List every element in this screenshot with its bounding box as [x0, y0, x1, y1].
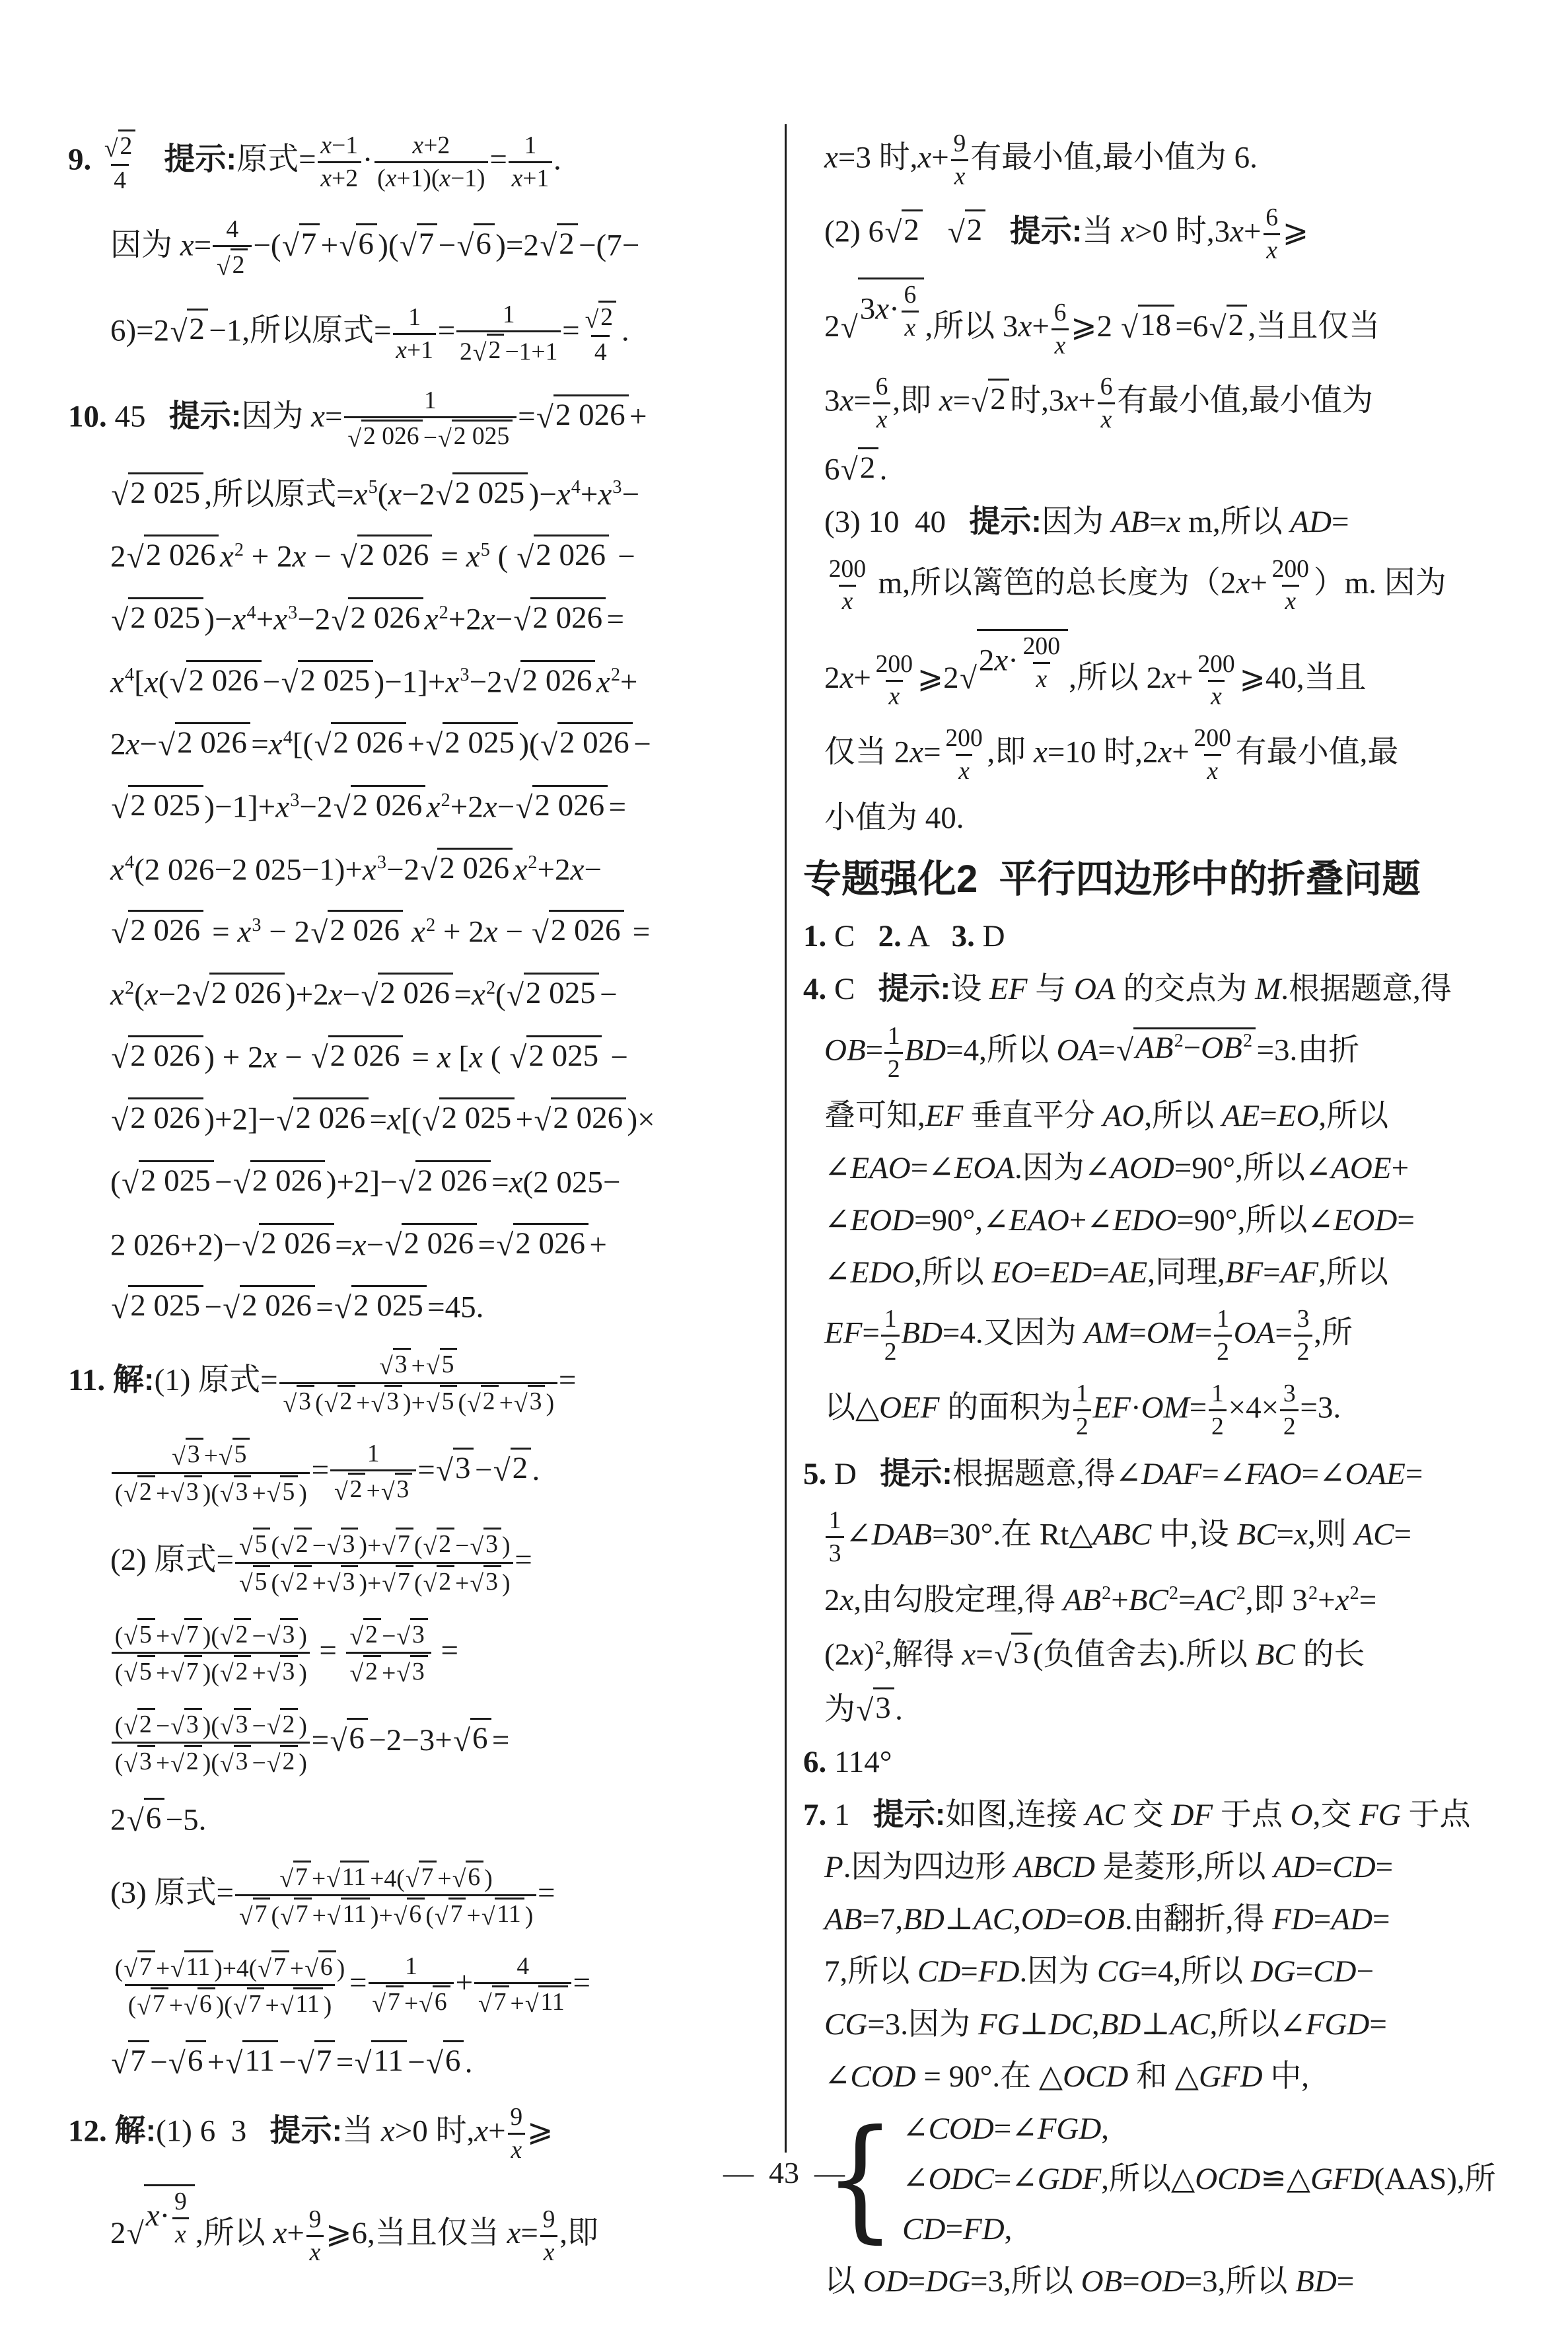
radical-icon: √: [457, 231, 474, 262]
sqrt: √6: [127, 1798, 164, 1836]
text-line: ∠COD = 90°.在 △OCD 和 △GFD 中,: [803, 2057, 1553, 2096]
sqrt: √6: [453, 1718, 491, 1756]
sqrt: √2 026: [361, 973, 453, 1011]
sqrt: √2 026: [340, 535, 433, 573]
radical-icon: √: [127, 1806, 144, 1837]
sqrt: √2 025: [510, 1035, 602, 1074]
sqrt: √6: [419, 1985, 450, 2016]
sqrt: √2: [170, 1745, 201, 1776]
radical-icon: √: [350, 1662, 364, 1687]
radical-icon: √: [856, 1695, 873, 1726]
sqrt: √2 025: [423, 1097, 515, 1136]
radical-icon: √: [223, 1293, 240, 1324]
sqrt: √2: [324, 1385, 355, 1416]
radical-icon: √: [334, 1293, 351, 1324]
sqrt: √2: [220, 1618, 251, 1649]
radical-icon: √: [585, 308, 599, 333]
radical-icon: √: [239, 1535, 253, 1560]
sqrt: √2: [423, 1528, 454, 1559]
sqrt: √3: [470, 1565, 501, 1596]
radical-icon: √: [340, 542, 357, 573]
fraction: 12: [1073, 1380, 1092, 1441]
sqrt: √2: [971, 379, 1009, 417]
sqrt: √6: [339, 223, 377, 262]
radical-icon: √: [220, 1625, 234, 1650]
radical-icon: √: [347, 427, 361, 452]
text-line: 6√2.: [803, 447, 1553, 490]
fraction: 200x: [1269, 555, 1312, 616]
page-number: — 43 —: [0, 2155, 1568, 2190]
sqrt: √2 025: [111, 472, 203, 511]
radical-icon: √: [311, 1043, 328, 1074]
radical-icon: √: [514, 1392, 528, 1417]
sqrt: √3: [327, 1565, 358, 1596]
radical-icon: √: [267, 1625, 281, 1650]
radical-icon: √: [1121, 313, 1138, 344]
text-line: √2 025−√2 026=√2 025=45.: [68, 1285, 773, 1328]
text-line: 4. C 提示:设 EF 与 OA 的交点为 M.根据题意,得: [803, 969, 1553, 1009]
sqrt: √2: [267, 1708, 298, 1739]
radical-icon: √: [170, 1662, 184, 1687]
sqrt: √2 025: [111, 597, 203, 636]
radical-icon: √: [127, 542, 144, 573]
text-line: 以 OD=DG=3,所以 OB=OD=3,所以 BD=: [803, 2262, 1553, 2301]
text-line: √2 026 = x3 − 2√2 026 x2 + 2x − √2 026 =: [68, 910, 773, 953]
sqrt: √2 026: [127, 535, 219, 573]
radical-icon: √: [324, 1392, 338, 1417]
text-line: EF=12BD=4.又因为 AM=OM=12OA=32,所: [803, 1305, 1553, 1366]
radical-icon: √: [267, 1752, 281, 1777]
answer-key-page: 9. √24 提示:原式=x−1x+2·x+2(x+1)(x−1)=1x+1.因…: [0, 0, 1568, 2325]
text-line: 2√6−5.: [68, 1798, 773, 1841]
text-line: 10. 45 提示:因为 x=1√2 026−√2 025=√2 026+: [68, 387, 773, 453]
text-line: 7,所以 CD=FD.因为 CG=4,所以 DG=CD−: [803, 1952, 1553, 1991]
fraction: √7+√11+4(√7+√6)√7(√7+√11)+√6(√7+√11): [235, 1861, 536, 1931]
text-line: AB=7,BD⊥AC,OD=OB.由翻折,得 FD=AD=: [803, 1900, 1553, 1939]
sqrt: √7: [435, 1898, 466, 1929]
sqrt: √3: [220, 1745, 251, 1776]
sqrt: √2: [884, 209, 922, 248]
radical-icon: √: [170, 316, 188, 348]
radical-icon: √: [467, 1392, 481, 1417]
radical-icon: √: [470, 1572, 483, 1597]
sqrt: √2 026: [420, 848, 513, 886]
radical-icon: √: [327, 1905, 341, 1930]
text-line: √2 025)−1]+x3−2√2 026x2+2x−√2 026=: [68, 785, 773, 828]
radical-icon: √: [994, 1641, 1011, 1672]
fraction: 4√7+√11: [474, 1952, 571, 2018]
sqrt: √2 026: [516, 785, 608, 823]
sqrt: √2: [104, 129, 135, 161]
radical-icon: √: [111, 793, 128, 824]
left-column: 9. √24 提示:原式=x−1x+2·x+2(x+1)(x−1)=1x+1.因…: [68, 129, 773, 2287]
radical-icon: √: [280, 1535, 294, 1560]
text-line: 9. √24 提示:原式=x−1x+2·x+2(x+1)(x−1)=1x+1.: [68, 129, 773, 196]
fraction: 4√2: [213, 215, 252, 281]
sqrt: √2 026: [192, 973, 285, 1011]
sqrt: √7: [258, 1950, 289, 1981]
radical-icon: √: [406, 1867, 419, 1892]
text-line: x4[x(√2 026−√2 025)−1]+x3−2√2 026x2+: [68, 660, 773, 703]
radical-icon: √: [304, 1957, 318, 1982]
sqrt: √3: [172, 1438, 203, 1469]
radical-icon: √: [948, 217, 965, 248]
text-line: 2√3x·6x,所以 3x+6x⩾2 √18=6√2,当且仅当: [803, 277, 1553, 360]
text-line: ∠EAO=∠EOA.因为∠AOD=90°,所以∠AOE+: [803, 1148, 1553, 1188]
sqrt: √7: [382, 1528, 413, 1559]
text-line: 小值为 40.: [803, 798, 1553, 838]
fraction: 6x: [873, 373, 891, 434]
sqrt: √2: [493, 1448, 531, 1486]
radical-icon: √: [242, 1230, 259, 1261]
radical-icon: √: [396, 1662, 410, 1687]
radical-icon: √: [534, 1105, 552, 1136]
radical-icon: √: [124, 1957, 137, 1982]
fraction: 6x: [901, 281, 919, 342]
text-line: √2 025,所以原式=x5(x−2√2 025)−x4+x3−: [68, 472, 773, 515]
sqrt: √2 026: [111, 1097, 203, 1136]
sqrt: √3: [436, 1448, 474, 1486]
radical-icon: √: [220, 1482, 234, 1507]
radical-icon: √: [170, 1715, 184, 1740]
radical-icon: √: [282, 231, 299, 262]
radical-icon: √: [267, 1482, 281, 1507]
sqrt: √11: [280, 1987, 323, 2018]
radical-icon: √: [267, 1662, 281, 1687]
sqrt: √3: [267, 1618, 298, 1649]
fraction: 1x+1: [393, 303, 437, 365]
sqrt: √3: [283, 1385, 314, 1416]
radical-icon: √: [158, 730, 175, 761]
radical-icon: √: [339, 231, 357, 262]
radical-icon: √: [532, 918, 549, 949]
sqrt: √7: [124, 1950, 155, 1981]
radical-icon: √: [111, 1293, 128, 1324]
text-line: (√5+√7)(√2−√3)(√5+√7)(√2+√3) = √2−√3√2+√…: [68, 1618, 773, 1688]
radical-icon: √: [258, 1957, 271, 1982]
radical-icon: √: [361, 980, 378, 1012]
radical-icon: √: [332, 605, 349, 636]
radical-icon: √: [280, 1995, 294, 2020]
sqrt: √11: [481, 1898, 524, 1929]
radical-icon: √: [172, 1445, 186, 1470]
sqrt: √2: [350, 1618, 381, 1649]
sqrt: √3: [371, 1385, 402, 1416]
sqrt: √2 026: [242, 1223, 334, 1261]
radical-icon: √: [420, 855, 437, 886]
radical-icon: √: [279, 1867, 293, 1892]
fraction: 6x: [1097, 373, 1116, 434]
text-line: (3) 原式=√7+√11+4(√7+√6)√7(√7+√11)+√6(√7+√…: [68, 1861, 773, 1931]
radical-icon: √: [124, 1625, 137, 1650]
radical-icon: √: [111, 480, 128, 511]
sqrt: √2 026: [223, 1285, 315, 1323]
sqrt: √2 025: [122, 1160, 214, 1199]
radical-icon: √: [426, 2048, 443, 2079]
sqrt: √3: [470, 1528, 501, 1559]
fraction: 1√7+√6: [369, 1952, 454, 2018]
sqrt: √2: [220, 1655, 251, 1686]
sqrt: √6: [452, 1861, 483, 1892]
sqrt: √3: [379, 1348, 410, 1379]
text-line: √2 026)+2]−√2 026=x[(√2 025+√2 026)×: [68, 1097, 773, 1140]
sqrt: √11: [226, 2040, 278, 2079]
radical-icon: √: [453, 1726, 470, 1757]
radical-icon: √: [398, 1168, 415, 1199]
sqrt: √3: [396, 1655, 427, 1686]
radical-icon: √: [334, 793, 351, 824]
section-heading: 专题强化2 平行四边形中的折叠问题: [803, 855, 1553, 904]
radical-icon: √: [297, 2048, 314, 2079]
fraction: 200x: [1191, 724, 1234, 786]
sqrt: √5: [124, 1655, 155, 1686]
radical-icon: √: [226, 2048, 243, 2079]
sqrt: √11: [327, 1898, 370, 1929]
sqrt: √2: [124, 1475, 155, 1506]
sqrt: √11: [326, 1861, 369, 1892]
fraction: 9x: [950, 129, 969, 191]
text-line: (3) 10 40 提示:因为 AB=x m,所以 AD=: [803, 501, 1553, 542]
radical-icon: √: [239, 1905, 253, 1930]
radical-icon: √: [382, 1572, 396, 1597]
radical-icon: √: [124, 1662, 137, 1687]
sqrt: √18: [1121, 305, 1174, 343]
radical-icon: √: [104, 137, 118, 162]
sqrt: √2 026: [170, 660, 262, 698]
radical-icon: √: [470, 1535, 483, 1560]
radical-icon: √: [481, 1905, 495, 1930]
text-line: x4(2 026−2 025−1)+x3−2√2 026x2+2x−: [68, 848, 773, 891]
radical-icon: √: [435, 1905, 448, 1930]
radical-icon: √: [334, 1480, 348, 1505]
sqrt: √2: [948, 209, 985, 248]
radical-icon: √: [111, 605, 128, 636]
radical-icon: √: [473, 341, 487, 366]
radical-icon: √: [426, 1392, 440, 1417]
sqrt: √x·9x: [127, 2184, 195, 2249]
sqrt: √2 026: [158, 722, 250, 760]
radical-icon: √: [385, 1230, 402, 1261]
sqrt: √2: [585, 301, 616, 332]
sqrt: √2x·200x: [960, 629, 1068, 694]
sqrt: √2 026: [503, 660, 596, 698]
sqrt: √2: [170, 309, 208, 347]
text-line: 2x−√2 026=x4[(√2 026+√2 025)(√2 026−: [68, 722, 773, 765]
sqrt: √7: [170, 1655, 201, 1686]
sqrt: √2 026: [536, 394, 629, 433]
text-line: 13∠DAB=30°.在 Rt△ABC 中,设 BC=x,则 AC=: [803, 1506, 1553, 1568]
radical-icon: √: [122, 1168, 139, 1199]
sqrt: √2: [217, 248, 248, 279]
text-line: x2(x−2√2 026)+2x−√2 026=x2(√2 025−: [68, 973, 773, 1015]
sqrt: √6: [184, 1987, 215, 2018]
sqrt: √6: [168, 2040, 206, 2079]
text-line: 仅当 2x=200x,即 x=10 时,2x+200x有最小值,最: [803, 724, 1553, 786]
sqrt: √2 026: [334, 785, 426, 823]
sqrt: √AB2−OB2: [1116, 1027, 1256, 1066]
sqrt: √2: [841, 447, 878, 486]
sqrt: √2 026: [111, 1035, 203, 1074]
sqrt: √7: [382, 1565, 413, 1596]
radical-icon: √: [394, 1905, 408, 1930]
sqrt: √7: [406, 1861, 437, 1892]
text-line: (√2−√3)(√3−√2)(√3+√2)(√3−√2)=√6−2−3+√6=: [68, 1708, 773, 1778]
sqrt: √2: [540, 223, 577, 262]
text-line: 5. D 提示:根据题意,得∠DAF=∠FAO=∠OAE=: [803, 1454, 1553, 1494]
radical-icon: √: [1209, 313, 1227, 344]
text-line: (2) 原式=√5(√2−√3)+√7(√2−√3)√5(√2+√3)+√7(√…: [68, 1528, 773, 1598]
radical-icon: √: [192, 980, 209, 1012]
fraction: 200x: [1020, 632, 1063, 694]
sqrt: √2 026: [517, 535, 609, 573]
radical-icon: √: [841, 455, 858, 486]
sqrt: √7: [137, 1987, 168, 2018]
sqrt: √6: [330, 1718, 368, 1756]
radical-icon: √: [355, 2048, 372, 2079]
radical-icon: √: [111, 1043, 128, 1074]
radical-icon: √: [170, 1957, 184, 1982]
radical-icon: √: [310, 918, 328, 949]
sqrt: √2 025: [111, 785, 203, 823]
radical-icon: √: [220, 1752, 234, 1777]
text-line: 6. 114°: [803, 1742, 1553, 1782]
fraction: (√7+√11)+4(√7+√6)(√7+√6)(√7+√11): [112, 1950, 348, 2020]
sqrt: √2 026: [540, 722, 633, 760]
fraction: 200x: [826, 555, 869, 616]
radical-icon: √: [280, 1905, 294, 1930]
sqrt: √7: [239, 1898, 270, 1929]
radical-icon: √: [841, 313, 858, 344]
radical-icon: √: [540, 231, 557, 262]
radical-icon: √: [426, 1354, 440, 1380]
text-line: 7. 1 提示:如图,连接 AC 交 DF 于点 O,交 FG 于点: [803, 1794, 1553, 1835]
sqrt: √2 026: [314, 722, 407, 760]
sqrt: √6: [304, 1950, 336, 1981]
sqrt: √5: [219, 1438, 250, 1469]
sqrt: √7: [400, 223, 437, 262]
radical-icon: √: [478, 1992, 492, 2017]
fraction: (√2−√3)(√3−√2)(√3+√2)(√3−√2): [112, 1708, 310, 1778]
text-line: 以△OEF 的面积为12EF·OM=12×4×32=3.: [803, 1380, 1553, 1441]
fraction: √2−√3√2+√3: [346, 1618, 432, 1688]
sqrt: √2: [473, 334, 504, 365]
radical-icon: √: [111, 918, 128, 949]
radical-icon: √: [111, 1105, 128, 1136]
radical-icon: √: [277, 1105, 294, 1136]
fraction: 9x: [171, 2188, 190, 2249]
text-line: (2) 6√2 √2 提示:当 x>0 时,3x+6x⩾: [803, 203, 1553, 265]
sqrt: √2 026: [277, 1097, 369, 1136]
radical-icon: √: [425, 730, 443, 761]
sqrt: √5: [124, 1618, 155, 1649]
sqrt: √3: [856, 1687, 894, 1726]
radical-icon: √: [525, 1992, 539, 2017]
radical-icon: √: [436, 480, 453, 511]
fraction: 32: [1294, 1305, 1312, 1366]
sqrt: √7: [282, 223, 320, 262]
sqrt: √7: [372, 1985, 403, 2016]
text-line: CG=3.因为 FG⊥DC,BD⊥AC,所以∠FGD=: [803, 2005, 1553, 2044]
sqrt: √6: [457, 223, 495, 262]
sqrt: √3: [381, 1473, 412, 1504]
radical-icon: √: [884, 217, 902, 248]
radical-icon: √: [326, 1867, 340, 1892]
text-line: 为√3.: [803, 1687, 1553, 1730]
sqrt: √3: [267, 1655, 298, 1686]
radical-icon: √: [184, 1995, 197, 2020]
radical-icon: √: [124, 1715, 137, 1740]
text-line: 11. 解:(1) 原式=√3+√5√3(√2+√3)+√5(√2+√3)=: [68, 1348, 773, 1418]
fraction: √24: [100, 129, 139, 196]
text-line: ∠EOD=90°,∠EAO+∠EDO=90°,所以∠EOD=: [803, 1200, 1553, 1240]
text-line: √7−√6+√11−√7=√11−√6.: [68, 2040, 773, 2083]
fraction: √5(√2−√3)+√7(√2−√3)√5(√2+√3)+√7(√2+√3): [235, 1528, 513, 1598]
text-line: (√2 025−√2 026)+2]−√2 026=x(2 025−: [68, 1160, 773, 1203]
radical-icon: √: [111, 2048, 128, 2079]
fraction: x−1x+2: [318, 131, 361, 193]
radical-icon: √: [233, 1168, 250, 1199]
text-line: ∠COD=∠FGD,: [902, 2109, 1495, 2149]
sqrt: √5: [426, 1348, 457, 1379]
radical-icon: √: [960, 663, 977, 694]
text-line: √2 026) + 2x − √2 026 = x [x ( √2 025 −: [68, 1035, 773, 1078]
text-line: P.因为四边形 ABCD 是菱形,所以 AD=CD=: [803, 1847, 1553, 1887]
fraction: 9x: [540, 2205, 558, 2267]
sqrt: √6: [426, 2040, 464, 2079]
fraction: 9x: [306, 2205, 324, 2267]
sqrt: √5: [239, 1528, 270, 1559]
radical-icon: √: [419, 1992, 433, 2017]
fraction: 12: [1209, 1380, 1227, 1441]
radical-icon: √: [423, 1105, 440, 1136]
text-line: 2√x·9x,所以 x+9x⩾6,当且仅当 x=9x,即: [68, 2184, 773, 2267]
text-line: (√7+√11)+4(√7+√6)(√7+√6)(√7+√11)=1√7+√6+…: [68, 1950, 773, 2020]
radical-icon: √: [170, 667, 187, 698]
radical-icon: √: [400, 231, 417, 262]
sqrt: √3: [220, 1708, 251, 1739]
radical-icon: √: [452, 1867, 466, 1892]
radical-icon: √: [281, 667, 299, 698]
text-line: 1. C 2. A 3. D: [803, 916, 1553, 956]
fraction: √3+√5√3(√2+√3)+√5(√2+√3): [279, 1348, 557, 1418]
sqrt: √2 025: [111, 1285, 203, 1323]
text-line: ∠EDO,所以 EO=ED=AE,同理,BF=AF,所以: [803, 1253, 1553, 1292]
radical-icon: √: [314, 730, 332, 761]
sqrt: √2 026: [311, 1035, 404, 1074]
sqrt: √11: [355, 2040, 407, 2079]
sqrt: √2: [467, 1385, 498, 1416]
radical-icon: √: [438, 427, 452, 452]
radical-icon: √: [423, 1535, 437, 1560]
fraction: √3+√5(√2+√3)(√3+√5): [112, 1438, 310, 1508]
radical-icon: √: [507, 980, 524, 1012]
sqrt: √2: [124, 1708, 155, 1739]
fraction: 1√2 026−√2 025: [344, 387, 517, 453]
text-line: 叠可知,EF 垂直平分 AO,所以 AE=EO,所以: [803, 1096, 1553, 1136]
radical-icon: √: [371, 1392, 385, 1417]
radical-icon: √: [536, 402, 553, 433]
radical-icon: √: [330, 1726, 347, 1757]
text-line: 2x+200x⩾2√2x·200x,所以 2x+200x⩾40,当且: [803, 629, 1553, 712]
fraction: 200x: [873, 650, 915, 712]
radical-icon: √: [436, 1456, 453, 1487]
radical-icon: √: [170, 1482, 184, 1507]
text-line: x=3 时,x+9x有最小值,最小值为 6.: [803, 129, 1553, 191]
radical-icon: √: [516, 793, 533, 824]
radical-icon: √: [971, 387, 988, 418]
sqrt: √2 026: [233, 1160, 326, 1199]
sqrt: √2 026: [111, 910, 203, 948]
